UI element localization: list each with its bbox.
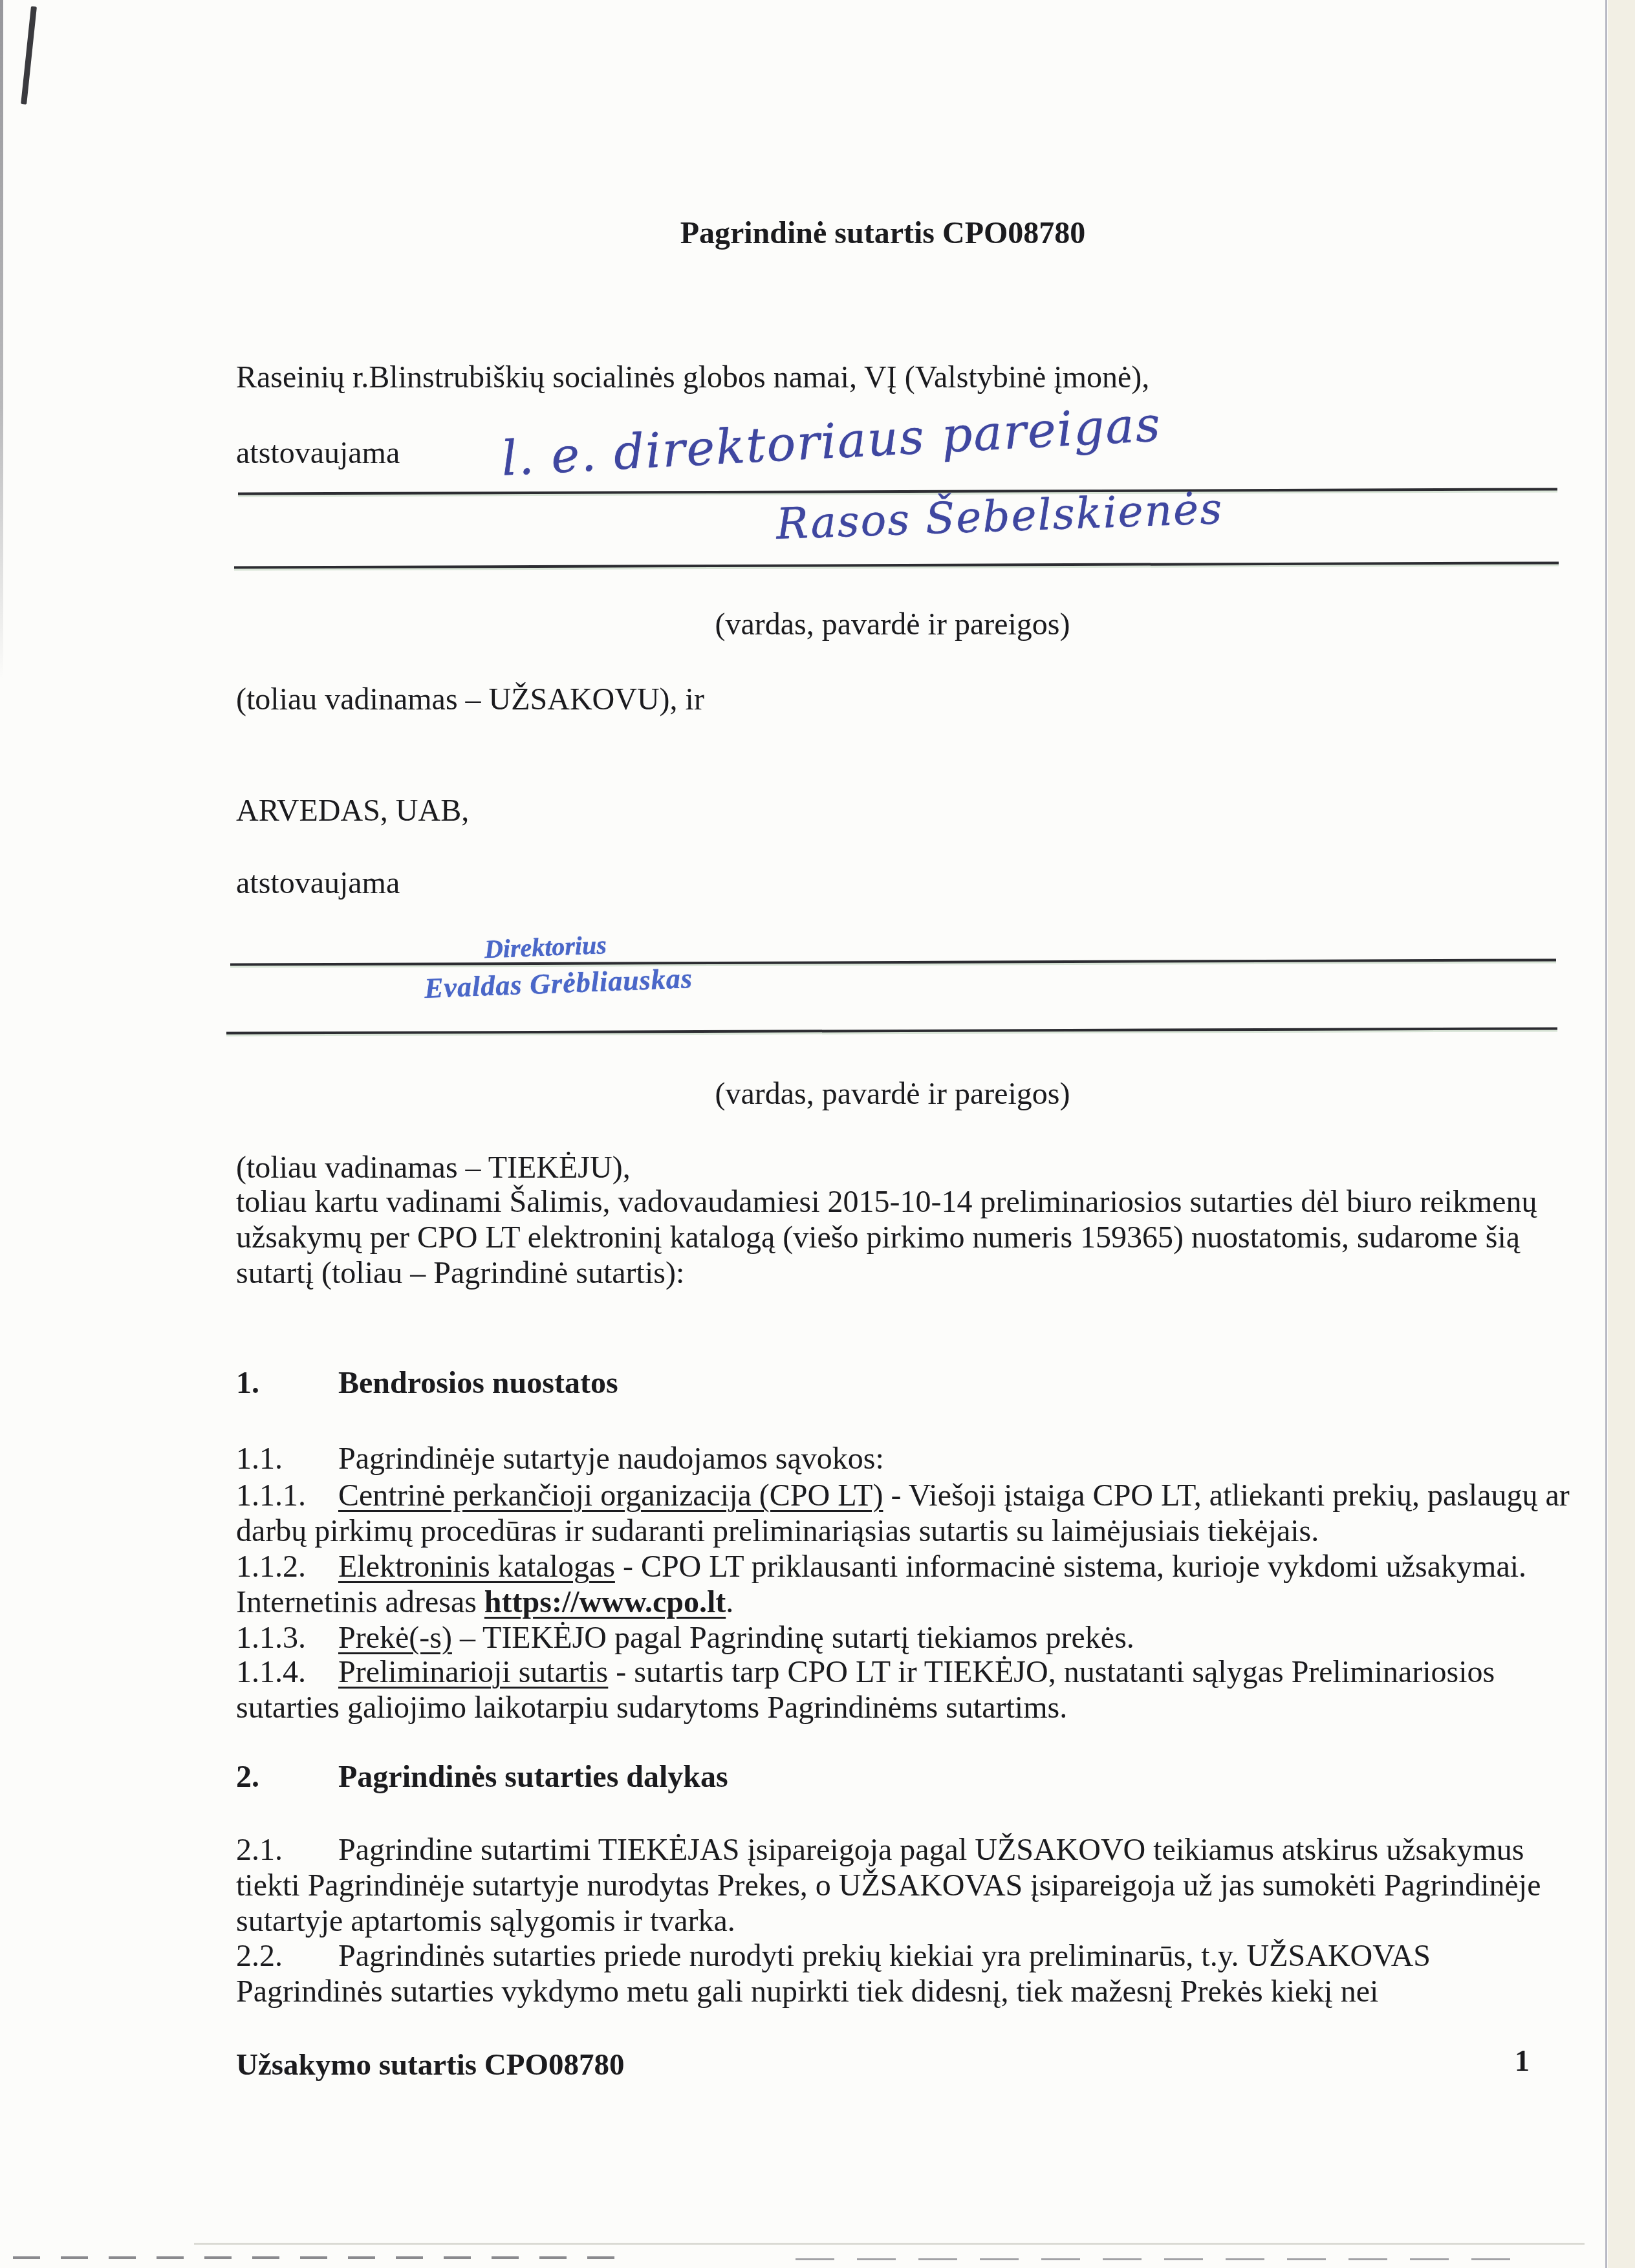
clause-number: 2.2. bbox=[236, 1938, 338, 1974]
defined-term: Elektroninis katalogas bbox=[338, 1550, 615, 1584]
section-2-heading: 2.Pagrindinės sutarties dalykas bbox=[236, 1759, 1578, 1795]
section-number: 2. bbox=[236, 1759, 338, 1795]
document-page: Pagrindinė sutartis CPO08780 Raseinių r.… bbox=[0, 0, 1635, 2268]
signature-line bbox=[226, 1027, 1557, 1034]
stamp-name: Evaldas Grėbliauskas bbox=[424, 962, 693, 1005]
scan-bottom-artifact bbox=[194, 2243, 1585, 2245]
clause-text: Pagrindinės sutarties priede nurodyti pr… bbox=[236, 1939, 1431, 2009]
clause-number: 1.1. bbox=[236, 1441, 338, 1476]
buyer-signature-role-handwriting: l. e. direktoriaus pareigas bbox=[500, 396, 1162, 486]
defined-term: Preliminarioji sutartis bbox=[338, 1655, 608, 1689]
section-number: 1. bbox=[236, 1365, 338, 1401]
clause-text: Pagrindinėje sutartyje naudojamos sąvoko… bbox=[338, 1442, 884, 1476]
section-1-heading: 1.Bendrosios nuostatos bbox=[236, 1365, 1578, 1401]
stamp-role: Direktorius bbox=[484, 926, 691, 964]
buyer-name-line: Raseinių r.Blinstrubiškių socialinės glo… bbox=[236, 360, 1578, 395]
clause-number: 1.1.4. bbox=[236, 1654, 338, 1690]
definition-1-1-1: 1.1.1.Centrinė perkančioji organizacija … bbox=[236, 1478, 1578, 1549]
scan-bottom-artifact bbox=[796, 2258, 1520, 2260]
footer-title: Užsakymo sutartis CPO08780 bbox=[236, 2047, 625, 2082]
signature-line bbox=[234, 561, 1559, 568]
definition-separator: - bbox=[615, 1550, 641, 1584]
name-caption: (vardas, pavardė ir pareigos) bbox=[213, 607, 1572, 642]
definition-separator: – bbox=[452, 1621, 482, 1655]
represented-by-label: atstovaujama bbox=[236, 865, 1578, 901]
clause-number: 2.1. bbox=[236, 1832, 338, 1868]
buyer-signature-name-handwriting: Rasos Šebelskienės bbox=[775, 484, 1224, 549]
definition-separator: - bbox=[608, 1655, 634, 1689]
scan-edge-right-strip bbox=[1608, 0, 1635, 2268]
defined-term: Centrinė perkančioji organizacija (CPO L… bbox=[338, 1478, 883, 1513]
clause-2-2: 2.2.Pagrindinės sutarties priede nurodyt… bbox=[236, 1938, 1578, 2009]
definition-1-1-2: 1.1.2.Elektroninis katalogas - CPO LT pr… bbox=[236, 1549, 1578, 1620]
buyer-alias-line: (toliau vadinamas – UŽSAKOVU), ir bbox=[236, 682, 1578, 717]
definition-1-1-4: 1.1.4.Preliminarioji sutartis - sutartis… bbox=[236, 1654, 1578, 1725]
section-title: Bendrosios nuostatos bbox=[338, 1366, 618, 1400]
clause-number: 1.1.1. bbox=[236, 1478, 338, 1513]
name-caption: (vardas, pavardė ir pareigos) bbox=[213, 1076, 1572, 1112]
defined-term: Prekė(-s) bbox=[338, 1621, 452, 1655]
signature-line bbox=[238, 488, 1557, 495]
supplier-stamp: Direktorius Evaldas Grėbliauskas bbox=[422, 926, 693, 1005]
section-title: Pagrindinės sutarties dalykas bbox=[338, 1760, 728, 1794]
supplier-alias-line: (toliau vadinamas – TIEKĖJU), bbox=[236, 1150, 1578, 1185]
cpo-url-text: https://www.cpo.lt bbox=[484, 1585, 726, 1619]
clause-1-1: 1.1.Pagrindinėje sutartyje naudojamos są… bbox=[236, 1441, 1578, 1476]
clause-2-1: 2.1.Pagrindine sutartimi TIEKĖJAS įsipar… bbox=[236, 1832, 1578, 1939]
scan-bottom-artifact bbox=[13, 2256, 614, 2259]
contract-title: Pagrindinė sutartis CPO08780 bbox=[213, 215, 1552, 251]
pen-mark-artifact bbox=[21, 6, 37, 105]
definition-separator: - bbox=[883, 1478, 908, 1513]
definition-1-1-3: 1.1.3.Prekė(-s) – TIEKĖJO pagal Pagrindi… bbox=[236, 1620, 1578, 1656]
scan-edge-left-artifact bbox=[0, 0, 3, 679]
supplier-name-line: ARVEDAS, UAB, bbox=[236, 793, 1578, 828]
definition-text: . bbox=[726, 1585, 733, 1619]
clause-number: 1.1.3. bbox=[236, 1620, 338, 1656]
preamble-paragraph: toliau kartu vadinami Šalimis, vadovauda… bbox=[236, 1184, 1578, 1291]
page-number: 1 bbox=[1515, 2044, 1530, 2078]
scan-edge-right-line bbox=[1605, 0, 1607, 2268]
definition-text: TIEKĖJO pagal Pagrindinę sutartį tiekiam… bbox=[482, 1621, 1134, 1655]
clause-text: Pagrindine sutartimi TIEKĖJAS įsipareigo… bbox=[236, 1833, 1541, 1938]
clause-number: 1.1.2. bbox=[236, 1549, 338, 1584]
